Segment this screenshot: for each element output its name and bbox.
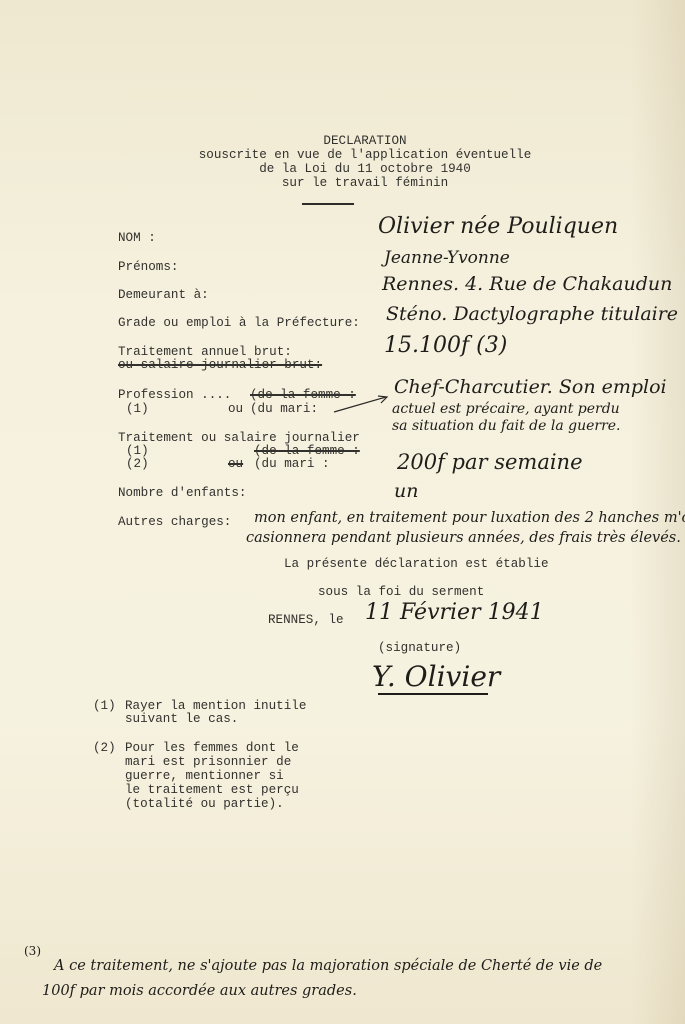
arrow-icon: [332, 392, 392, 416]
footnote-2-line3: guerre, mentionner si: [125, 769, 284, 784]
journalier-or-struck: ou: [228, 457, 243, 472]
prenoms-value: Jeanne-Yvonne: [384, 248, 510, 268]
note-3-line1: A ce traitement, ne s'ajoute pas la majo…: [54, 958, 602, 974]
profession-footnote-ref: (1): [126, 402, 149, 417]
footnote-ref-2: (2): [126, 457, 149, 472]
footnote-2-line2: mari est prisonnier de: [125, 755, 291, 770]
nom-label: NOM :: [118, 231, 156, 246]
nom-value: Olivier née Pouliquen: [378, 214, 618, 239]
signature-label: (signature): [378, 641, 461, 656]
traitement-annuel-value: 15.100f (3): [384, 333, 507, 358]
traitement-journalier-value: 200f par semaine: [397, 450, 583, 474]
profession-option-mari: (du mari:: [250, 402, 318, 417]
footnote-2-marker: (2): [93, 741, 116, 756]
journalier-option-mari: (du mari :: [254, 457, 330, 472]
title-divider: [302, 203, 354, 205]
signature: Y. Olivier: [372, 660, 500, 693]
subtitle-line: sur le travail féminin: [170, 176, 560, 191]
autres-charges-label: Autres charges:: [118, 515, 231, 530]
footnote-1-marker: (1): [93, 699, 116, 714]
demeurant-label: Demeurant à:: [118, 288, 209, 303]
footnote-2-line4: le traitement est perçu: [125, 783, 299, 798]
closing-line1: La présente déclaration est établie: [284, 557, 549, 572]
enfants-value: un: [394, 480, 418, 502]
subtitle-line: souscrite en vue de l'application éventu…: [170, 148, 560, 163]
footnote-2-line5: (totalité ou partie).: [125, 797, 284, 812]
profession-label: Profession ....: [118, 388, 231, 403]
grade-label: Grade ou emploi à la Préfecture:: [118, 316, 360, 331]
enfants-label: Nombre d'enfants:: [118, 486, 246, 501]
demeurant-value: Rennes. 4. Rue de Chakaudun: [382, 273, 672, 295]
date-value: 11 Février 1941: [365, 600, 544, 625]
signature-underline: [378, 693, 488, 695]
footnote-1-line2: suivant le cas.: [125, 712, 238, 727]
prenoms-label: Prénoms:: [118, 260, 178, 275]
profession-value-line3: sa situation du fait de la guerre.: [392, 418, 621, 434]
salaire-journalier-struck-label: ou salaire journalier brut:: [118, 358, 322, 373]
profession-or: ou: [228, 402, 243, 417]
note-3-marker: (3): [24, 944, 41, 958]
profession-value-line1: Chef-Charcutier. Son emploi: [394, 376, 667, 398]
autres-charges-value-line1: mon enfant, en traitement pour luxation …: [254, 510, 685, 526]
document-title: DECLARATION: [170, 134, 560, 149]
subtitle-line: de la Loi du 11 octobre 1940: [170, 162, 560, 177]
autres-charges-value-line2: casionnera pendant plusieurs années, des…: [246, 530, 681, 546]
profession-value-line2: actuel est précaire, ayant perdu: [392, 401, 620, 417]
closing-line2: sous la foi du serment: [318, 585, 484, 600]
note-3-line2: 100f par mois accordée aux autres grades…: [42, 983, 357, 999]
place-label: RENNES, le: [268, 613, 344, 628]
grade-value: Sténo. Dactylographe titulaire: [386, 303, 678, 325]
footnote-2-line1: Pour les femmes dont le: [125, 741, 299, 756]
